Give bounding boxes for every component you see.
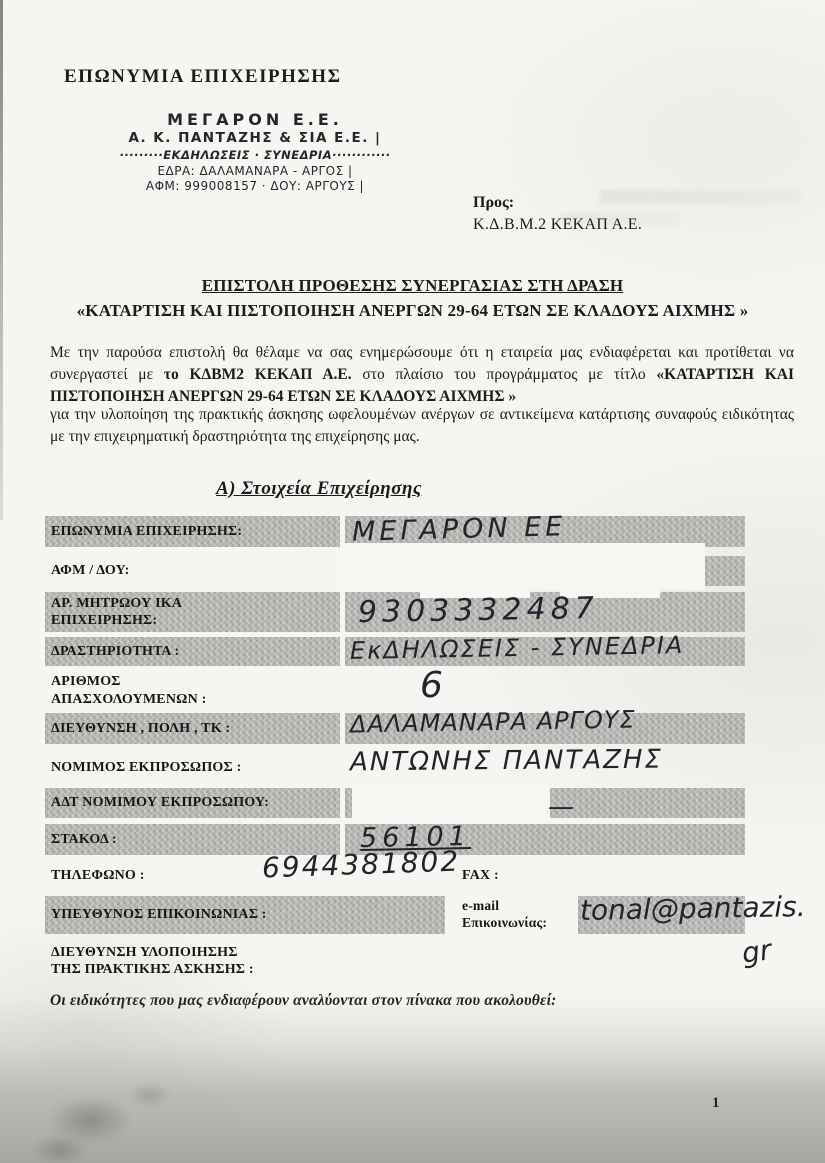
handwritten-email: tonal@pantazis. — [580, 893, 806, 925]
handwritten-company-name: ΜΕΓΑΡΟΝ ΕΕ — [352, 513, 567, 546]
label-email-line1: e-mail — [462, 898, 499, 915]
recipient-name: Κ.Δ.Β.Μ.2 ΚΕΚΑΠ Α.Ε. — [473, 216, 642, 234]
label-employees-line1: ΑΡΙΘΜΟΣ — [51, 673, 121, 691]
stamp-seat-line: ΕΔΡΑ: ΔΑΛΑΜΑΝΑΡΑ - ΑΡΓΟΣ | — [70, 164, 440, 178]
scanned-letter-page: ΕΠΩΝΥΜΙΑ ΕΠΙΧΕΙΡΗΣΗΣ ΜΕΓΑΡΟΝ Ε.Ε. Α. Κ. … — [0, 0, 825, 1163]
letter-title-underlined: ΕΠΙΣΤΟΛΗ ΠΡΟΘΕΣΗΣ ΣΥΝΕΡΓΑΣΙΑΣ ΣΤΗ ΔΡΑΣΗ — [202, 276, 624, 295]
company-stamp: ΜΕΓΑΡΟΝ Ε.Ε. Α. Κ. ΠΑΝΤΑΖΗΣ & ΣΙΑ Ε.Ε. |… — [70, 110, 440, 193]
handwritten-address: ΔΑΛΑΜΑΝΑΡΑ ΑΡΓΟΥΣ — [350, 708, 636, 737]
redaction-box-id-card — [352, 786, 550, 820]
letter-title-line2: «ΚΑΤΑΡΤΙΣΗ ΚΑΙ ΠΙΣΤΟΠΟΙΗΣΗ ΑΝΕΡΓΩΝ 29-64… — [0, 301, 825, 321]
handwritten-ika-number: 9303332487 — [358, 594, 599, 628]
field-label-address: ΔΙΕΥΘΥΝΣΗ , ΠΟΛΗ , ΤΚ : — [45, 713, 340, 744]
field-label-employee-count: ΑΡΙΘΜΟΣ ΑΠΑΣΧΟΛΟΥΜΕΝΩΝ : — [45, 671, 340, 710]
para1-text-2: στο πλαίσιο του προγράμματος με τίτλο — [352, 366, 657, 383]
closing-statement: Οι ειδικότητες που μας ενδιαφέρουν αναλύ… — [50, 992, 556, 1010]
section-a-heading: Α) Στοιχεία Επιχείρησης — [216, 478, 422, 500]
stamp-afm-line: ΑΦΜ: 999008157 · ΔΟΥ: ΑΡΓΟΥΣ | — [70, 179, 440, 193]
page-number: 1 — [712, 1095, 720, 1112]
label-internship-line1: ΔΙΕΥΘΥΝΣΗ ΥΛΟΠΟΙΗΣΗΣ — [51, 944, 238, 962]
handwritten-legal-rep: ΑΝΤΩΝΗΣ ΠΑΝΤΑΖΗΣ — [350, 747, 663, 776]
stamp-activity-line: ·········ΕΚΔΗΛΩΣΕΙΣ · ΣΥΝΕΔΡΙΑ··········… — [70, 148, 440, 162]
field-label-id-card: ΑΔΤ ΝΟΜΙΜΟΥ ΕΚΠΡΟΣΩΠΟΥ: — [45, 788, 340, 818]
handwritten-activity: ΕκΔΗΛΩΣΕΙΣ - ΣΥΝΕΔΡΙΑ — [350, 633, 685, 663]
label-ika-line2: ΕΠΙΧΕΙΡΗΣΗΣ: — [51, 612, 157, 630]
field-label-fax: FAX : — [456, 860, 536, 891]
letter-title-line1: ΕΠΙΣΤΟΛΗ ΠΡΟΘΕΣΗΣ ΣΥΝΕΡΓΑΣΙΑΣ ΣΤΗ ΔΡΑΣΗ — [0, 276, 825, 296]
body-paragraph-1: Με την παρούσα επιστολή θα θέλαμε να σας… — [50, 342, 794, 408]
handwritten-employee-count: 6 — [420, 668, 443, 704]
scan-blotches — [0, 1040, 300, 1163]
field-label-ika-number: ΑΡ. ΜΗΤΡΩΟΥ ΙΚΑ ΕΠΙΧΕΙΡΗΣΗΣ: — [45, 592, 340, 632]
scan-shading — [0, 995, 825, 1163]
stamp-company-name: ΜΕΓΑΡΟΝ Ε.Ε. — [70, 110, 440, 129]
recipient-label: Προς: — [473, 194, 642, 212]
label-employees-line2: ΑΠΑΣΧΟΛΟΥΜΕΝΩΝ : — [51, 691, 206, 709]
scan-edge-artifact — [0, 0, 3, 520]
label-email-line2: Επικοινωνίας: — [462, 915, 547, 932]
field-label-afm-doy: ΑΦΜ / ΔΟΥ: — [45, 556, 340, 586]
para1-bold-kdvm: το ΚΔΒΜ2 ΚΕΚΑΠ Α.Ε. — [164, 366, 352, 383]
recipient-block: Προς: Κ.Δ.Β.Μ.2 ΚΕΚΑΠ Α.Ε. — [473, 194, 642, 234]
field-label-contact-email: e-mail Επικοινωνίας: — [456, 896, 574, 934]
field-label-company-name: ΕΠΩΝΥΜΙΑ ΕΠΙΧΕΙΡΗΣΗΣ: — [45, 516, 340, 547]
body-paragraph-2: για την υλοποίηση της πρακτικής άσκησης … — [50, 404, 794, 448]
redaction-box-afm — [340, 543, 705, 590]
handwritten-email-tld: gr — [740, 936, 773, 968]
document-heading: ΕΠΩΝΥΜΙΑ ΕΠΙΧΕΙΡΗΣΗΣ — [64, 66, 342, 88]
stamp-owner-name: Α. Κ. ΠΑΝΤΑΖΗΣ & ΣΙΑ Ε.Ε. | — [70, 130, 440, 146]
handwritten-phone: 6944381802 — [262, 848, 461, 883]
field-label-contact-person: ΥΠΕΥΘΥΝΟΣ ΕΠΙΚΟΙΝΩΝΙΑΣ : — [45, 896, 445, 934]
field-label-internship-address: ΔΙΕΥΘΥΝΣΗ ΥΛΟΠΟΙΗΣΗΣ ΤΗΣ ΠΡΑΚΤΙΚΗΣ ΑΣΚΗΣ… — [45, 940, 365, 982]
handwritten-id-dash: — — [548, 794, 574, 820]
label-ika-line1: ΑΡ. ΜΗΤΡΩΟΥ ΙΚΑ — [51, 595, 182, 613]
field-label-activity: ΔΡΑΣΤΗΡΙΟΤΗΤΑ : — [45, 637, 340, 666]
field-label-legal-rep: ΝΟΜΙΜΟΣ ΕΚΠΡΟΣΩΠΟΣ : — [45, 752, 340, 783]
label-internship-line2: ΤΗΣ ΠΡΑΚΤΙΚΗΣ ΑΣΚΗΣΗΣ : — [51, 961, 254, 979]
